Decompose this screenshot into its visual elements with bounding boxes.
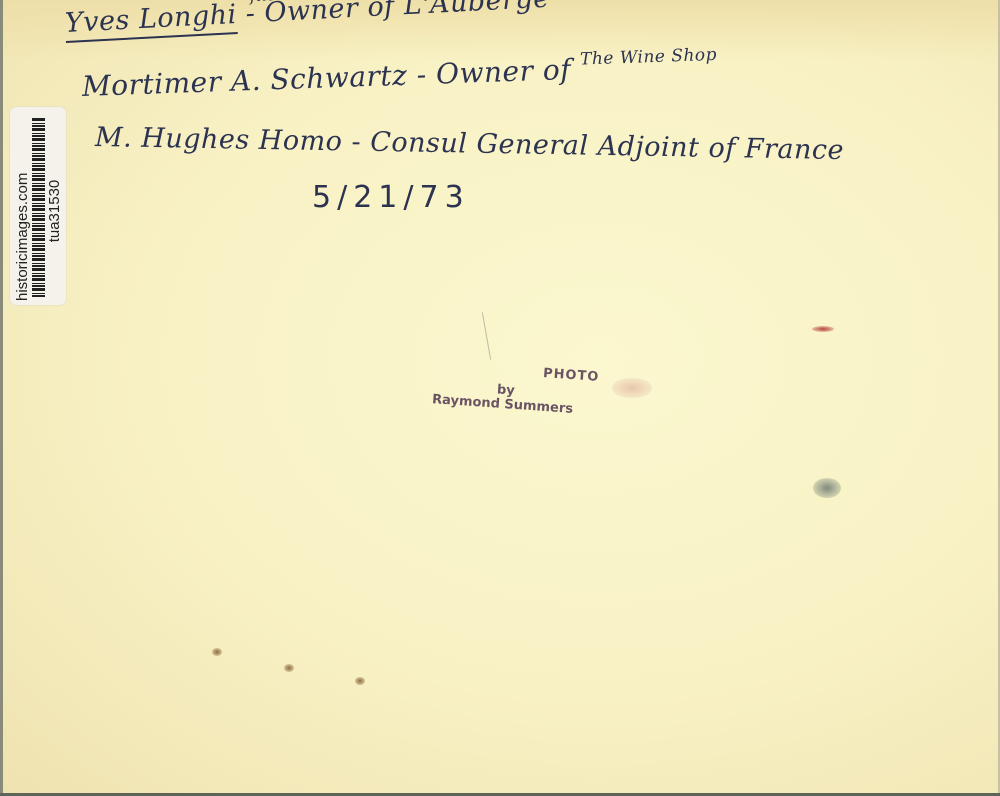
brown-speck [212, 648, 222, 656]
label-site: historicimages.com [14, 173, 31, 301]
business-name: The Wine Shop [580, 45, 718, 70]
person-name-3: M. Hughes Homo [95, 122, 343, 157]
archive-barcode-label: historicimages.com tua31530 [10, 107, 66, 305]
handwritten-line-3: M. Hughes Homo - Consul General Adjoint … [95, 122, 845, 166]
faint-red-stain [612, 378, 652, 398]
brown-speck [355, 677, 365, 685]
barcode-icon [32, 117, 45, 297]
red-stain [812, 326, 834, 332]
paper-left-edge [0, 0, 3, 796]
gray-stain [813, 478, 841, 498]
person-description-2: - Owner of [416, 53, 571, 91]
label-code: tua31530 [46, 121, 63, 301]
brown-speck [284, 664, 294, 672]
stamp-photo: PHOTO [543, 366, 600, 385]
person-description-3: - Consul General Adjoint of France [351, 126, 844, 166]
person-name-2: Mortimer A. Schwartz [81, 59, 407, 103]
pencil-mark [482, 312, 491, 359]
handwritten-date: 5/21/73 [312, 180, 470, 215]
